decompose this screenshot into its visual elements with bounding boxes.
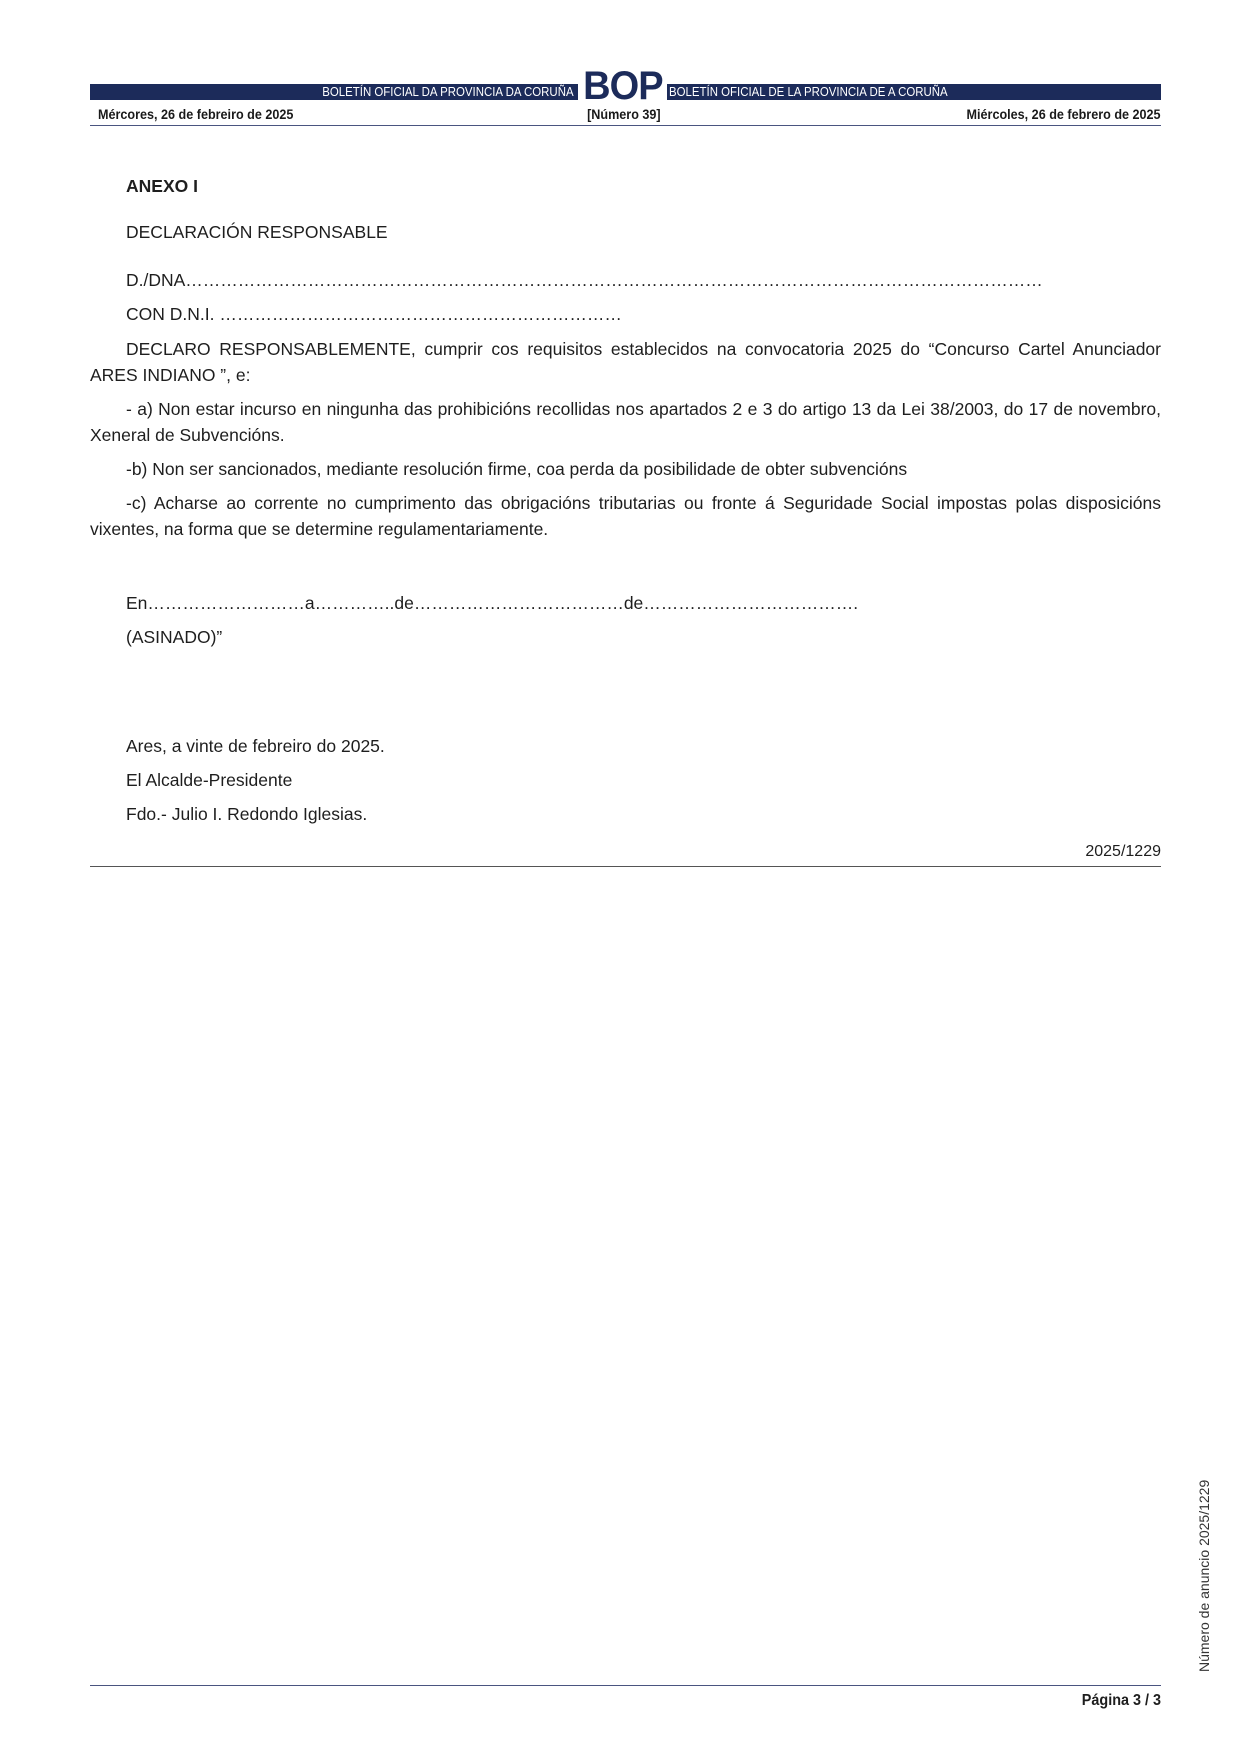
announcement-number-vertical: Número de anuncio 2025/1229 xyxy=(1196,1480,1212,1672)
requirement-c: -c) Acharse ao corrente no cumprimento d… xyxy=(90,490,1161,542)
signed-label: (ASINADO)” xyxy=(126,624,222,650)
page-number: Página 3 / 3 xyxy=(1073,1692,1161,1710)
announcement-reference: 2025/1229 xyxy=(1085,843,1161,861)
issue-number: [Número 39] xyxy=(580,106,668,122)
page-number-text: Página 3 / 3 xyxy=(1082,1692,1161,1710)
closing-role: El Alcalde-Presidente xyxy=(126,767,292,793)
date-galician: Mércores, 26 de febreiro de 2025 xyxy=(98,106,315,122)
header-title-spanish: BOLETÍN OFICIAL DE LA PROVINCIA DE A COR… xyxy=(669,84,948,100)
date-spanish-text: Miércoles, 26 de febrero de 2025 xyxy=(967,106,1161,122)
closing-signature: Fdo.- Julio I. Redondo Iglesias. xyxy=(126,801,367,827)
bulletin-header: BOLETÍN OFICIAL DA PROVINCIA DA CORUÑA B… xyxy=(90,66,1161,128)
date-spanish: Miércoles, 26 de febrero de 2025 xyxy=(945,106,1161,122)
closing-place-date: Ares, a vinte de febreiro do 2025. xyxy=(126,733,385,759)
dni-field: CON D.N.I. …………………………………………………………… xyxy=(126,301,622,327)
header-band-galician: BOLETÍN OFICIAL DA PROVINCIA DA CORUÑA xyxy=(90,84,578,100)
bop-logo-text: BOP xyxy=(583,66,663,106)
place-date-field: En………………………a…………..de………………………………de………………… xyxy=(126,590,858,616)
header-title-galician: BOLETÍN OFICIAL DA PROVINCIA DA CORUÑA xyxy=(323,84,574,100)
header-band-spanish: BOLETÍN OFICIAL DE LA PROVINCIA DE A COR… xyxy=(667,84,1161,100)
date-galician-text: Mércores, 26 de febreiro de 2025 xyxy=(98,106,293,122)
bop-logo: BOP xyxy=(580,66,666,102)
annex-title: ANEXO I xyxy=(126,173,198,199)
header-divider xyxy=(90,125,1161,126)
declaration-paragraph: DECLARO RESPONSABLEMENTE, cumprir cos re… xyxy=(90,336,1161,388)
closing-divider xyxy=(90,866,1161,867)
requirement-a: - a) Non estar incurso en ningunha das p… xyxy=(90,396,1161,448)
footer-divider xyxy=(90,1685,1161,1686)
name-field: D./DNA…………………………………………………………………………………………… xyxy=(126,267,1156,293)
issue-number-text: [Número 39] xyxy=(587,106,661,122)
declaration-title: DECLARACIÓN RESPONSABLE xyxy=(126,219,388,245)
requirement-b: -b) Non ser sancionados, mediante resolu… xyxy=(90,456,1161,482)
